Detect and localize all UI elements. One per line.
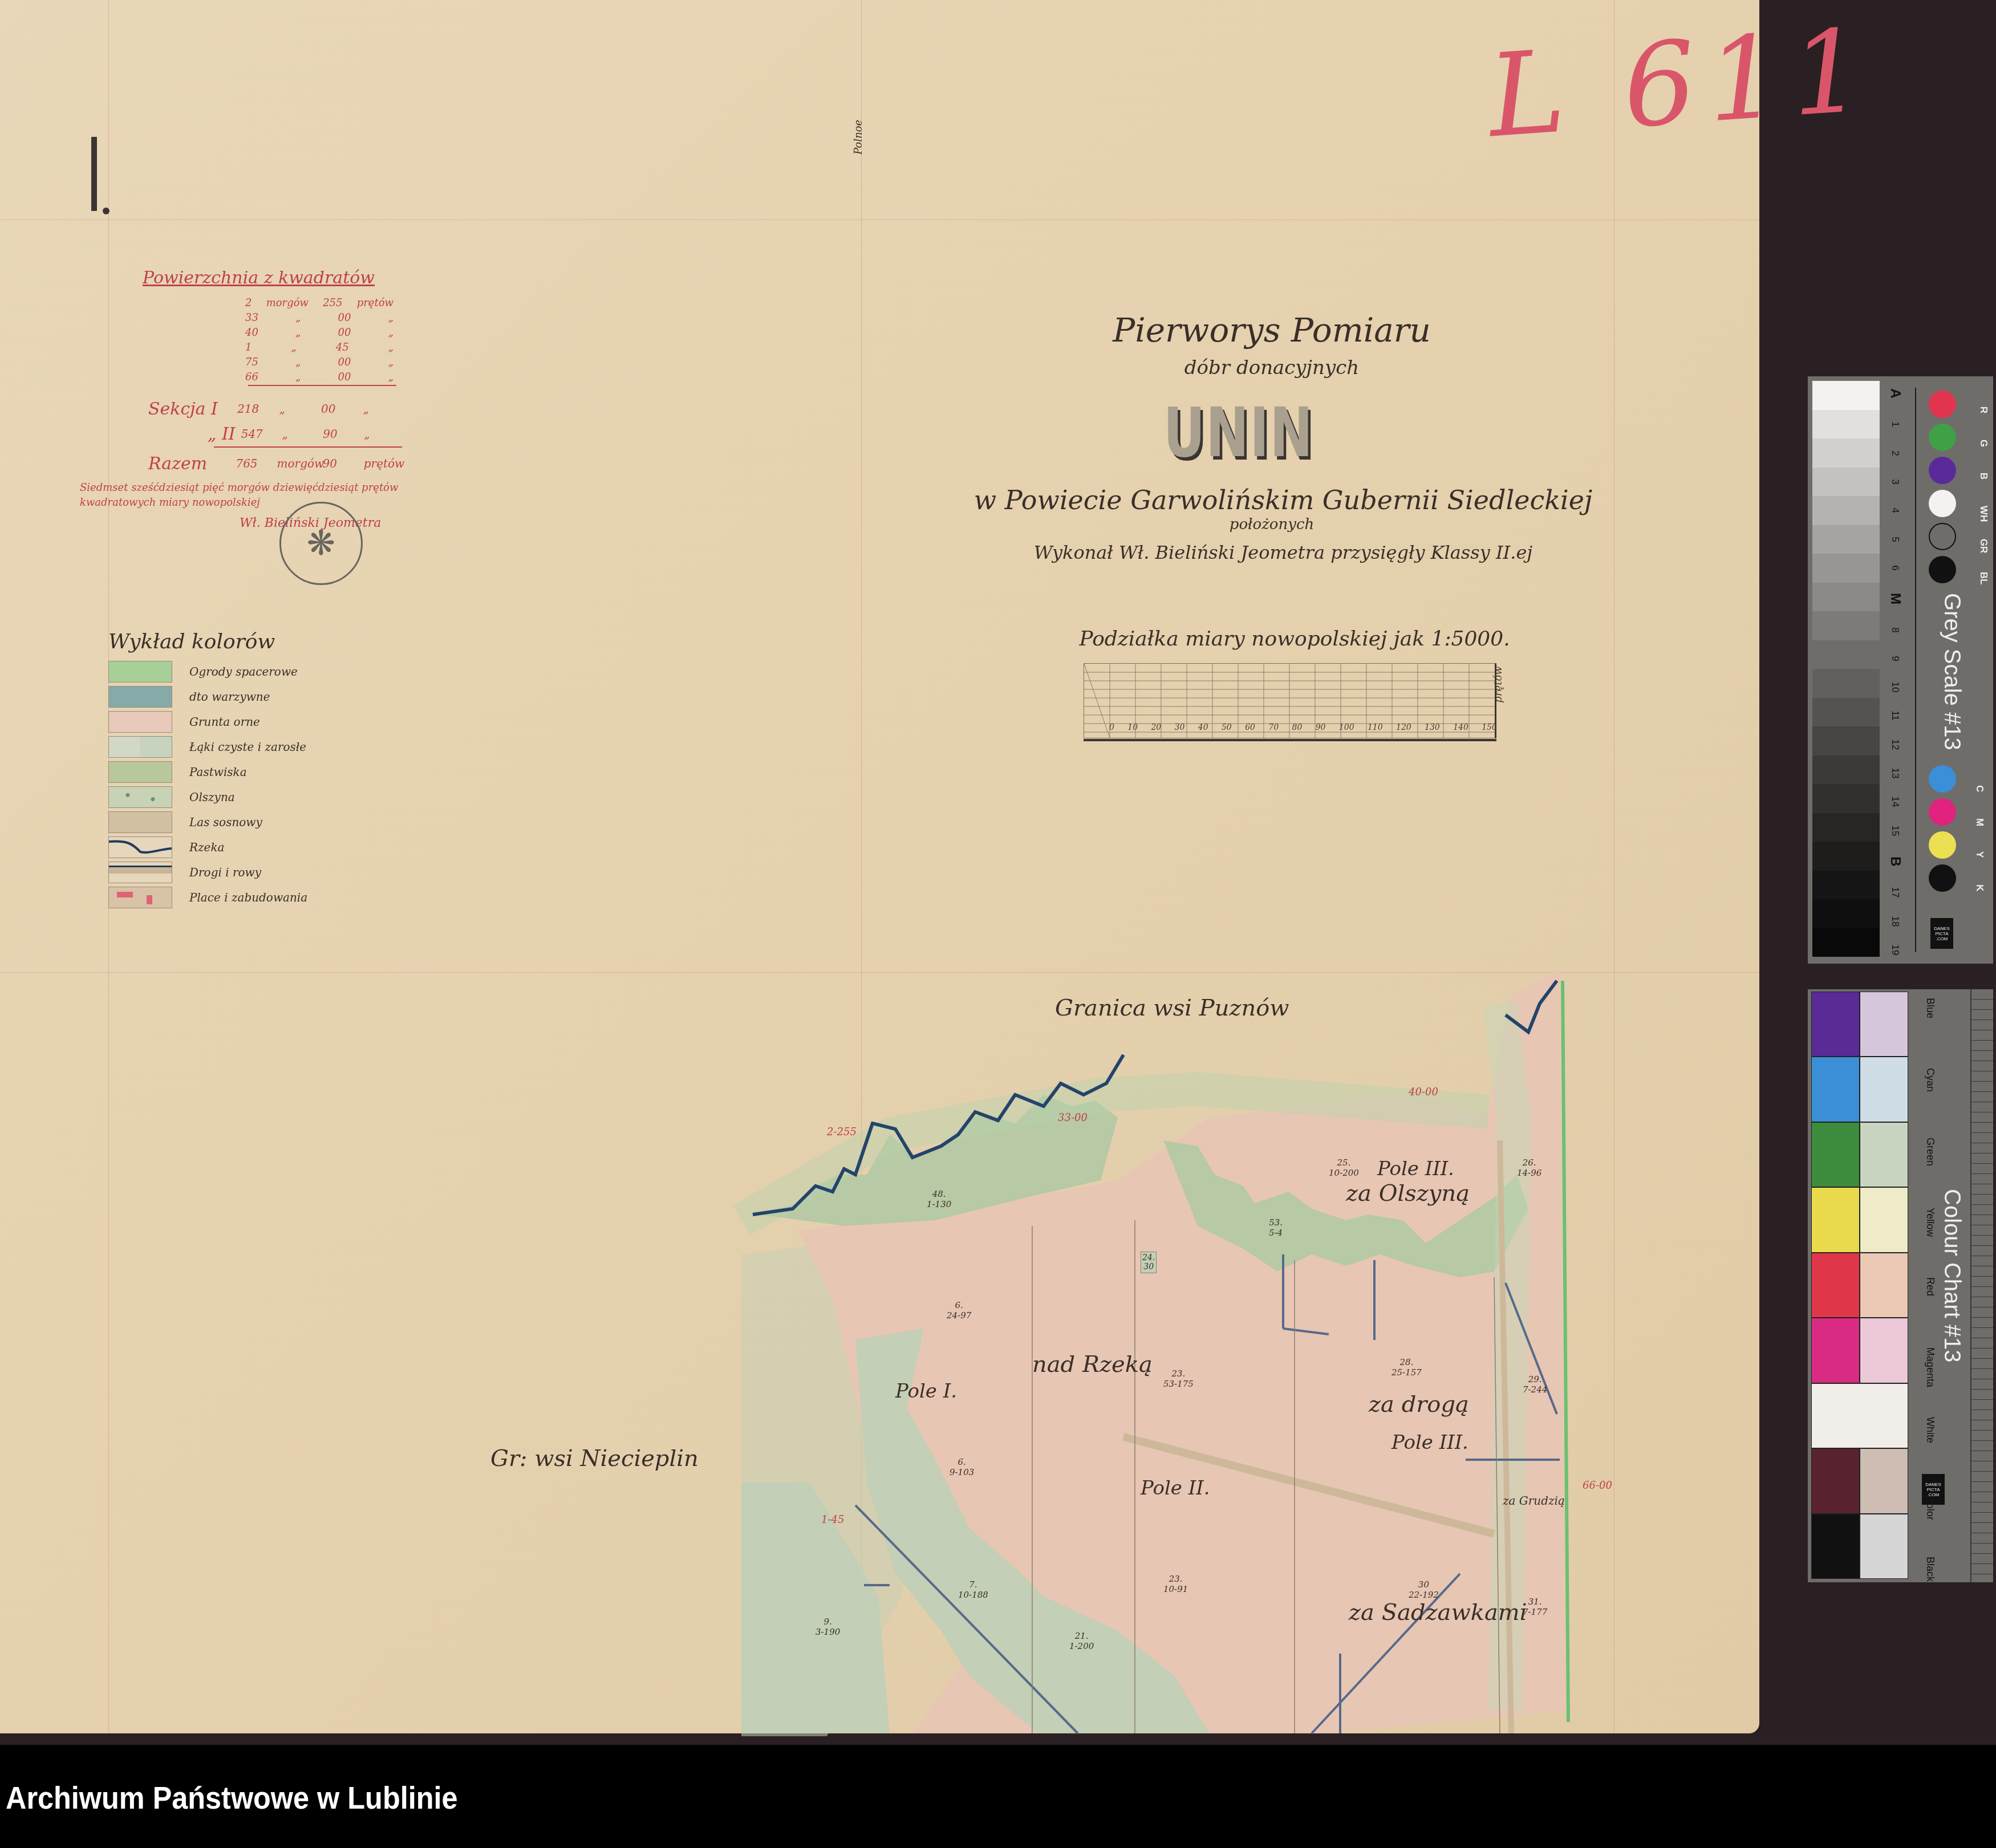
grey-dot-icon (1929, 523, 1956, 550)
parcel-area: 22-192 (1409, 1590, 1439, 1600)
step-label: 18 (1889, 916, 1901, 927)
parcel-area: 7-244 (1523, 1384, 1547, 1395)
parcel-label: 21.1-200 (1069, 1631, 1094, 1651)
colour-label: Black (1913, 1557, 1936, 1574)
grey-scale-title: Grey Scale #13 (1939, 593, 1965, 750)
step-label: 14 (1889, 797, 1901, 807)
parcel-label: 25.10-200 (1329, 1157, 1359, 1178)
colour-label: Magenta (1913, 1347, 1936, 1364)
grey-scale-target: A 1 2 3 4 5 6 M 8 9 10 11 12 13 14 15 B … (1808, 376, 1993, 964)
step-label: B (1887, 856, 1903, 866)
measure-label: 1-45 (821, 1514, 844, 1526)
brand-logo: DANES PICTA .COM (1922, 1474, 1945, 1505)
grey-steps (1812, 381, 1880, 957)
dot-label: B (1956, 473, 1989, 489)
measure-label: 2-255 (827, 1126, 857, 1138)
step-label: 5 (1889, 537, 1901, 542)
label-pole-2: Pole II. (1141, 1477, 1210, 1500)
parcel-no: 48. (927, 1189, 951, 1199)
parcel-area: 7-177 (1523, 1607, 1547, 1617)
parcel-label: 6.24-97 (947, 1300, 971, 1321)
label-border-puznow: Granica wsi Puznów (1055, 995, 1289, 1021)
color-dots-top (1929, 391, 1957, 589)
parcel-label: 28.25-157 (1391, 1357, 1422, 1378)
parcel-no: 9. (816, 1617, 840, 1627)
parcel-label: 9.3-190 (816, 1617, 840, 1637)
dot-label: K (1952, 884, 1985, 892)
colour-chart-title: Colour Chart #13 (1939, 1189, 1965, 1363)
parcel-no: 30 (1409, 1579, 1439, 1590)
step-label: 2 (1889, 450, 1901, 456)
colour-label: Red (1913, 1277, 1936, 1294)
label-za-droga: za drogą (1369, 1391, 1469, 1418)
parcel-label: 53.5-4 (1269, 1217, 1283, 1238)
step-label: 11 (1889, 711, 1901, 721)
step-label: M (1887, 593, 1903, 604)
step-label: A (1887, 388, 1903, 398)
measure-label: 40-00 (1409, 1086, 1438, 1098)
step-label: 19 (1889, 944, 1901, 955)
parcel-no: 6. (947, 1300, 971, 1310)
step-label: 1 (1889, 422, 1901, 427)
dot-labels-bottom: C M Y K (1965, 773, 1973, 905)
parcel-area: 10-200 (1329, 1168, 1359, 1178)
label-za-grudzia: za Grudzią (1503, 1494, 1565, 1508)
step-label: 17 (1889, 887, 1901, 898)
parcel-no: 23. (1163, 1574, 1188, 1584)
parcel-area: 10-91 (1163, 1584, 1188, 1594)
colour-label: Cyan (1913, 1068, 1936, 1085)
label-pole-3-top: Pole III. (1377, 1157, 1454, 1180)
label-za-sadzawkami: za Sadzawkami (1349, 1599, 1527, 1626)
colour-label: Yellow (1913, 1208, 1936, 1225)
divider (1915, 388, 1916, 952)
dot-label: R (1956, 407, 1989, 423)
measure-label: 66-00 (1583, 1480, 1612, 1492)
parcel-no: 31. (1523, 1597, 1547, 1607)
parcel-no: 24. (1142, 1253, 1155, 1262)
label-nad-rzeka: nad Rzeką (1032, 1351, 1153, 1378)
parcel-no: 7. (958, 1579, 988, 1590)
colour-patches (1811, 992, 1908, 1579)
colour-label: Green (1913, 1138, 1936, 1155)
dot-labels-top: R G B WH GR BL (1965, 398, 1981, 596)
parcel-label: 6.9-103 (950, 1457, 974, 1477)
parcel-no: 23. (1163, 1368, 1194, 1379)
colour-label: Blue (1913, 998, 1936, 1015)
colour-chart-target: Blue Cyan Green Yellow Red Magenta White… (1808, 989, 1993, 1582)
parcel-area: 53-175 (1163, 1379, 1194, 1389)
parcel-no: 53. (1269, 1217, 1283, 1228)
dot-label: GR (1956, 539, 1989, 555)
parcel-area: 24-97 (947, 1310, 971, 1321)
parcel-no: 29. (1523, 1374, 1547, 1384)
dot-label: WH (1956, 506, 1989, 522)
measure-label: 33-00 (1058, 1112, 1088, 1124)
parcel-no: 25. (1329, 1157, 1359, 1168)
parcel-label: 48.1-130 (927, 1189, 951, 1209)
parcel-area: 30 (1142, 1262, 1155, 1272)
grey-step-labels: A 1 2 3 4 5 6 M 8 9 10 11 12 13 14 15 B … (1887, 385, 1904, 956)
parcel-label: 26.14-96 (1517, 1157, 1541, 1178)
parcel-label: 7.10-188 (958, 1579, 988, 1600)
step-label: 12 (1889, 739, 1901, 750)
blue-dot-icon (1929, 457, 1956, 484)
parcel-label: 31.7-177 (1523, 1597, 1547, 1617)
parcel-area: 3-190 (816, 1627, 840, 1637)
parcel-label: 24.30 (1141, 1252, 1157, 1273)
parcel-label: 3022-192 (1409, 1579, 1439, 1600)
green-dot-icon (1929, 424, 1956, 451)
black-dot-icon (1929, 556, 1956, 583)
colour-label: White (1913, 1417, 1936, 1434)
parcel-no: 28. (1391, 1357, 1422, 1367)
label-border-niecieplin: Gr: wsi Niecieplin (490, 1445, 699, 1472)
archive-credit: Archiwum Państwowe w Lublinie (6, 1779, 458, 1816)
parcel-label: 23.10-91 (1163, 1574, 1188, 1594)
step-label: 8 (1889, 627, 1901, 632)
dot-label: G (1956, 440, 1989, 456)
parcel-no: 21. (1069, 1631, 1094, 1641)
parcel-area: 25-157 (1391, 1367, 1422, 1378)
step-label: 9 (1889, 656, 1901, 661)
step-label: 15 (1889, 825, 1901, 836)
dot-label: Y (1952, 851, 1985, 859)
step-label: 13 (1889, 768, 1901, 779)
parcel-area: 10-188 (958, 1590, 988, 1600)
step-label: 3 (1889, 479, 1901, 484)
step-label: 4 (1889, 508, 1901, 513)
parcel-area: 9-103 (950, 1467, 974, 1477)
brand-logo: DANES PICTA .COM (1930, 918, 1953, 949)
label-za-olszyna: za Olszyną (1346, 1180, 1470, 1207)
parcel-area: 14-96 (1517, 1168, 1541, 1178)
step-label: 6 (1889, 565, 1901, 570)
ruler (1970, 989, 1993, 1582)
parcel-no: 6. (950, 1457, 974, 1467)
dot-label: C (1952, 785, 1985, 793)
step-label: 10 (1889, 682, 1901, 693)
label-pole-1: Pole I. (895, 1380, 957, 1403)
parcel-area: 1-200 (1069, 1641, 1094, 1651)
dot-label: BL (1956, 572, 1989, 588)
parcel-label: 29.7-244 (1523, 1374, 1547, 1395)
label-pole-3: Pole III. (1391, 1431, 1468, 1454)
parcel-area: 1-130 (927, 1199, 951, 1209)
white-dot-icon (1929, 490, 1956, 517)
parcel-label: 23.53-175 (1163, 1368, 1194, 1389)
dot-label: M (1952, 818, 1985, 826)
parcel-no: 26. (1517, 1157, 1541, 1168)
parcel-area: 5-4 (1269, 1228, 1283, 1238)
red-dot-icon (1929, 391, 1956, 418)
cadastral-map-icon (0, 0, 1759, 1736)
